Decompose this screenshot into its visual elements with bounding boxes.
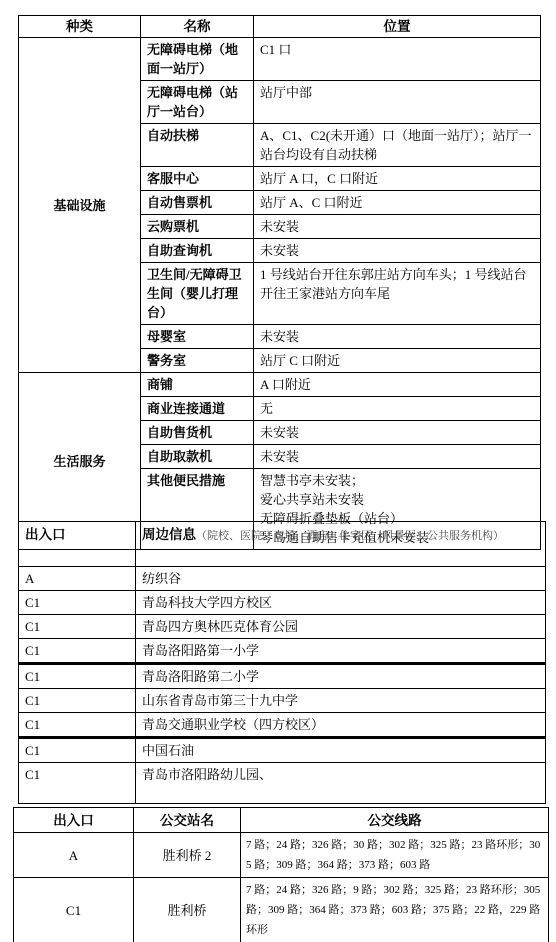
facility-name: 警务室 bbox=[141, 349, 254, 373]
facility-location: 1 号线站台开往东郭庄站方向车头；1 号线站台开往王家港站方向车尾 bbox=[254, 263, 541, 325]
exit-label: C1 bbox=[19, 615, 136, 639]
column-header-name: 名称 bbox=[141, 16, 254, 38]
exits-info-table: 出入口 周边信息（院校、医院、商场、酒店、住宅区、风景区、公共服务机构） A 纺… bbox=[18, 521, 546, 804]
nearby-place: 青岛交通职业学校（四方校区） bbox=[136, 713, 546, 738]
exit-label: C1 bbox=[19, 664, 136, 689]
nearby-info-note: （院校、医院、商场、酒店、住宅区、风景区、公共服务机构） bbox=[196, 530, 504, 542]
bus-stop-name: 胜利桥 2 bbox=[134, 833, 241, 878]
column-header-category: 种类 bbox=[19, 16, 141, 38]
nearby-place: 纺织谷 bbox=[136, 567, 546, 591]
facility-name: 商业连接通道 bbox=[141, 397, 254, 421]
exit-info-row: C1 青岛四方奥林匹克体育公园 bbox=[19, 615, 546, 639]
facility-location: 未安装 bbox=[254, 445, 541, 469]
bus-route-list: 7 路；24 路；326 路；9 路；302 路；325 路；23 路环形；30… bbox=[241, 878, 549, 942]
exit-info-row: C1 山东省青岛市第三十九中学 bbox=[19, 689, 546, 713]
facility-name: 自助取款机 bbox=[141, 445, 254, 469]
facility-name: 无障碍电梯（站厅一站台） bbox=[141, 81, 254, 124]
facility-location: C1 口 bbox=[254, 38, 541, 81]
exit-label: C1 bbox=[19, 738, 136, 763]
facilities-header-row: 种类 名称 位置 bbox=[19, 16, 541, 38]
exit-label: C1 bbox=[19, 713, 136, 738]
nearby-place: 青岛洛阳路第一小学 bbox=[136, 639, 546, 664]
facility-row: 基础设施 无障碍电梯（地面一站厅） C1 口 bbox=[19, 38, 541, 81]
bus-header-row: 出入口 公交站名 公交线路 bbox=[14, 808, 549, 833]
facility-name: 母婴室 bbox=[141, 325, 254, 349]
facility-name: 自动扶梯 bbox=[141, 124, 254, 167]
column-header-nearby-info: 周边信息（院校、医院、商场、酒店、住宅区、风景区、公共服务机构） bbox=[136, 522, 546, 567]
column-header-bus-routes: 公交线路 bbox=[241, 808, 549, 833]
facility-location: 无 bbox=[254, 397, 541, 421]
facility-name: 自动售票机 bbox=[141, 191, 254, 215]
nearby-place: 青岛四方奥林匹克体育公园 bbox=[136, 615, 546, 639]
exit-info-row: C1 青岛市洛阳路幼儿园、 bbox=[19, 763, 546, 804]
exit-label: C1 bbox=[19, 639, 136, 664]
bus-row: A 胜利桥 2 7 路；24 路；326 路；30 路；302 路；325 路；… bbox=[14, 833, 549, 878]
facility-location: 站厅中部 bbox=[254, 81, 541, 124]
column-header-exit: 出入口 bbox=[19, 522, 136, 567]
bus-row: C1 胜利桥 7 路；24 路；326 路；9 路；302 路；325 路；23… bbox=[14, 878, 549, 942]
document-page: 种类 名称 位置 基础设施 无障碍电梯（地面一站厅） C1 口 无障碍电梯（站厅… bbox=[0, 0, 556, 942]
facility-name: 自助查询机 bbox=[141, 239, 254, 263]
facility-location: A、C1、C2(未开通）口（地面一站厅）；站厅一站台均设有自动扶梯 bbox=[254, 124, 541, 167]
exit-label: C1 bbox=[19, 689, 136, 713]
facility-location: 站厅 A 口，C 口附近 bbox=[254, 167, 541, 191]
exit-info-row: A 纺织谷 bbox=[19, 567, 546, 591]
facility-name: 客服中心 bbox=[141, 167, 254, 191]
facility-location: 未安装 bbox=[254, 239, 541, 263]
bus-routes-table: 出入口 公交站名 公交线路 A 胜利桥 2 7 路；24 路；326 路；30 … bbox=[13, 807, 549, 942]
nearby-place: 中国石油 bbox=[136, 738, 546, 763]
facility-name: 卫生间/无障碍卫生间（婴儿打理台） bbox=[141, 263, 254, 325]
exit-info-row: C1 青岛科技大学四方校区 bbox=[19, 591, 546, 615]
exits-header-row: 出入口 周边信息（院校、医院、商场、酒店、住宅区、风景区、公共服务机构） bbox=[19, 522, 546, 567]
nearby-place: 青岛市洛阳路幼儿园、 bbox=[136, 763, 546, 804]
facility-name: 自助售货机 bbox=[141, 421, 254, 445]
nearby-place: 山东省青岛市第三十九中学 bbox=[136, 689, 546, 713]
bus-route-list: 7 路；24 路；326 路；30 路；302 路；325 路；23 路环形；3… bbox=[241, 833, 549, 878]
nearby-place: 青岛洛阳路第二小学 bbox=[136, 664, 546, 689]
facility-location: 未安装 bbox=[254, 325, 541, 349]
exit-info-row: C1 中国石油 bbox=[19, 738, 546, 763]
facility-location: 站厅 C 口附近 bbox=[254, 349, 541, 373]
facilities-table: 种类 名称 位置 基础设施 无障碍电梯（地面一站厅） C1 口 无障碍电梯（站厅… bbox=[18, 15, 541, 550]
exit-info-row: C1 青岛交通职业学校（四方校区） bbox=[19, 713, 546, 738]
facility-location: 站厅 A、C 口附近 bbox=[254, 191, 541, 215]
exit-label: C1 bbox=[19, 763, 136, 804]
exit-info-row: C1 青岛洛阳路第一小学 bbox=[19, 639, 546, 664]
bus-exit-label: C1 bbox=[14, 878, 134, 942]
facility-row: 生活服务 商铺 A 口附近 bbox=[19, 373, 541, 397]
nearby-place: 青岛科技大学四方校区 bbox=[136, 591, 546, 615]
bus-stop-name: 胜利桥 bbox=[134, 878, 241, 942]
facility-location: 未安装 bbox=[254, 421, 541, 445]
facility-name: 商铺 bbox=[141, 373, 254, 397]
category-label-infrastructure: 基础设施 bbox=[19, 38, 141, 373]
exit-info-row: C1 青岛洛阳路第二小学 bbox=[19, 664, 546, 689]
column-header-bus-stop: 公交站名 bbox=[134, 808, 241, 833]
bus-exit-label: A bbox=[14, 833, 134, 878]
column-header-bus-exit: 出入口 bbox=[14, 808, 134, 833]
facility-name: 无障碍电梯（地面一站厅） bbox=[141, 38, 254, 81]
exit-label: C1 bbox=[19, 591, 136, 615]
column-header-location: 位置 bbox=[254, 16, 541, 38]
facility-location: A 口附近 bbox=[254, 373, 541, 397]
exit-label: A bbox=[19, 567, 136, 591]
facility-name: 云购票机 bbox=[141, 215, 254, 239]
nearby-info-title: 周边信息 bbox=[142, 527, 196, 542]
facility-location: 未安装 bbox=[254, 215, 541, 239]
